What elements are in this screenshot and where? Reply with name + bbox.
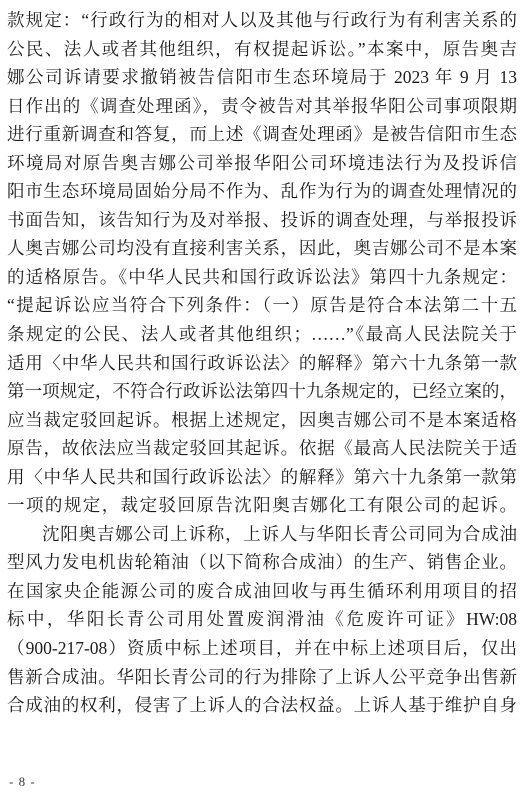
text-line: 环境局对原告奥吉娜公司举报华阳公司环境违法行为及投诉信 xyxy=(7,149,517,178)
text-line: 售新合成油。华阳长青公司的行为排除了上诉人公平竞争出售新 xyxy=(7,663,517,692)
text-line: 合成油的权利，侵害了上诉人的合法权益。上诉人基于维护自身 xyxy=(7,691,517,720)
text-line: 标中，华阳长青公司用处置废润滑油《危废许可证》HW:08 xyxy=(7,605,517,634)
text-line: 在国家央企能源公司的废合成油回收与再生循环利用项目的招 xyxy=(7,577,517,606)
text-line: 娜公司诉请要求撤销被告信阳市生态环境局于 2023 年 9 月 13 xyxy=(7,63,517,92)
text-line: 书面告知，该告知行为及对举报、投诉的调查处理，与举报投诉 xyxy=(7,206,517,235)
document-scan-page: 款规定：“行政行为的相对人以及其他与行政行为有利害关系的 公民、法人或者其他组织… xyxy=(0,0,526,805)
text-line: 日作出的《调查处理函》，责令被告对其举报华阳公司事项限期 xyxy=(7,92,517,121)
text-line: 适用〈中华人民共和国行政诉讼法〉的解释》第六十九条第一款 xyxy=(7,349,517,378)
text-line: 进行重新调查和答复，而上述《调查处理函》是被告信阳市生态 xyxy=(7,120,517,149)
text-line: 型风力发电机齿轮箱油（以下简称合成油）的生产、销售企业。 xyxy=(7,548,517,577)
text-line: “提起诉讼应当符合下列条件：（一）原告是符合本法第二十五 xyxy=(7,291,517,320)
text-line: 公民、法人或者其他组织，有权提起诉讼。”本案中，原告奥吉 xyxy=(7,35,517,64)
text-line: 第一项规定，不符合行政诉讼法第四十九条规定的，已经立案的， xyxy=(7,377,517,406)
text-line: 款规定：“行政行为的相对人以及其他与行政行为有利害关系的 xyxy=(7,6,517,35)
page-number: - 8 - xyxy=(9,774,36,790)
page-body-text: 款规定：“行政行为的相对人以及其他与行政行为有利害关系的 公民、法人或者其他组织… xyxy=(7,6,517,720)
text-line: 一项的规定，裁定驳回原告沈阳奥吉娜化工有限公司的起诉。 xyxy=(7,491,517,520)
text-line: 原告，故依法应当裁定驳回其起诉。依据《最高人民法院关于适 xyxy=(7,434,517,463)
text-line: 阳市生态环境局固始分局不作为、乱作为行为的调查处理情况的 xyxy=(7,177,517,206)
text-line: 条规定的公民、法人或者其他组织；……”《最高人民法院关于 xyxy=(7,320,517,349)
text-line: 的适格原告。《中华人民共和国行政诉讼法》第四十九条规定： xyxy=(7,263,517,292)
text-line-paragraph-start: 沈阳奥吉娜公司上诉称，上诉人与华阳长青公司同为合成油 xyxy=(7,520,517,549)
text-line: 应当裁定驳回起诉。根据上述规定，因奥吉娜公司不是本案适格 xyxy=(7,406,517,435)
text-line: （900-217-08）资质中标上述项目，并在中标上述项目后，仅出 xyxy=(7,634,517,663)
text-line: 用〈中华人民共和国行政诉讼法〉的解释》第六十九条第一款第 xyxy=(7,463,517,492)
text-line: 人奥吉娜公司均没有直接利害关系，因此，奥吉娜公司不是本案 xyxy=(7,234,517,263)
